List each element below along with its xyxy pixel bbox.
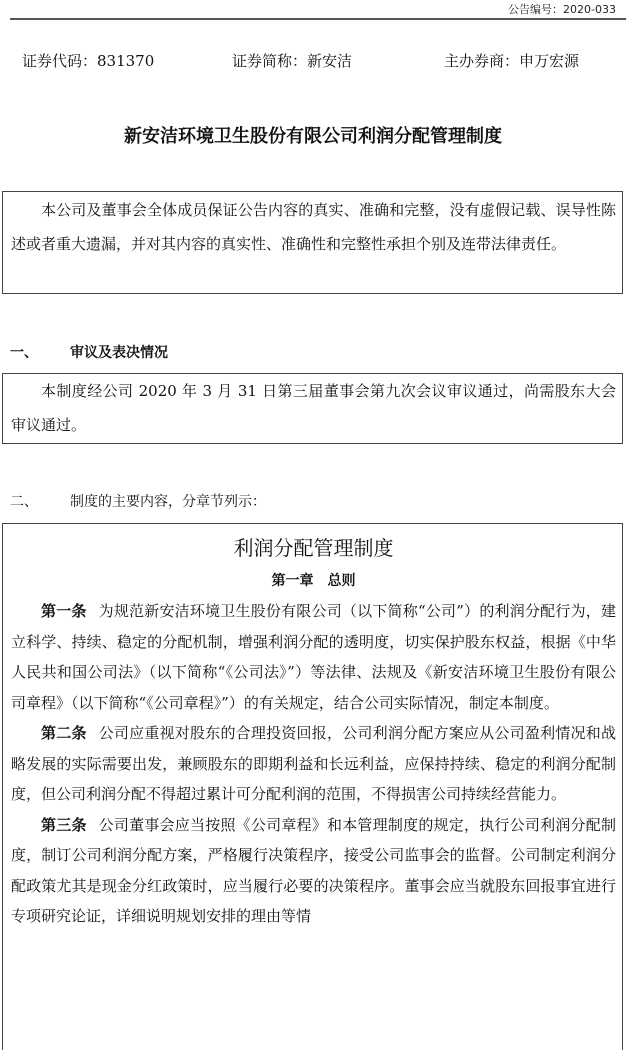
article-text: 为规范新安洁环境卫生股份有限公司（以下简称“公司”）的利润分配行为，建立科学、持… [11,602,616,712]
article-label: 第一条 [41,602,87,620]
article-3: 第三条公司董事会应当按照《公司章程》和本管理制度的规定，执行公司利润分配制度，制… [11,810,616,932]
review-box: 本制度经公司 2020 年 3 月 31 日第三届董事会第九次会议审议通过，尚需… [2,373,623,444]
section-number: 二、 [10,491,70,511]
document-title: 新安洁环境卫生股份有限公司利润分配管理制度 [0,122,626,148]
securities-code: 证券代码：831370 [22,50,154,71]
section-heading-review: 一、审议及表决情况 [10,342,168,362]
article-label: 第二条 [41,724,87,742]
section-title: 制度的主要内容，分章节列示： [70,494,266,510]
section-title: 审议及表决情况 [70,345,168,361]
section-number: 一、 [10,342,70,362]
header-divider [10,18,626,20]
article-text: 公司应重视对股东的合理投资回报，公司利润分配方案应从公司盈利情况和战略发展的实际… [11,724,616,803]
article-2: 第二条公司应重视对股东的合理投资回报，公司利润分配方案应从公司盈利情况和战略发展… [11,718,616,810]
declaration-text: 本公司及董事会全体成员保证公告内容的真实、准确和完整，没有虚假记载、误导性陈述或… [11,193,616,261]
article-1: 第一条为规范新安洁环境卫生股份有限公司（以下简称“公司”）的利润分配行为，建立科… [11,596,616,718]
chapter-heading: 第一章 总则 [11,566,616,596]
article-text: 公司董事会应当按照《公司章程》和本管理制度的规定，执行公司利润分配制度，制订公司… [11,816,616,926]
review-text: 本制度经公司 2020 年 3 月 31 日第三届董事会第九次会议审议通过，尚需… [11,374,616,442]
announcement-number: 公告编号：2020-033 [508,1,616,17]
regulation-box: 利润分配管理制度 第一章 总则 第一条为规范新安洁环境卫生股份有限公司（以下简称… [2,523,623,1050]
sponsor-broker: 主办券商：申万宏源 [444,50,579,71]
article-label: 第三条 [41,816,87,834]
regulation-title: 利润分配管理制度 [11,530,616,566]
declaration-box: 本公司及董事会全体成员保证公告内容的真实、准确和完整，没有虚假记载、误导性陈述或… [2,191,623,294]
securities-short-name: 证券简称：新安洁 [232,50,352,71]
section-heading-content: 二、制度的主要内容，分章节列示： [10,491,266,511]
securities-info: 证券代码：831370 证券简称：新安洁 主办券商：申万宏源 [22,50,616,72]
